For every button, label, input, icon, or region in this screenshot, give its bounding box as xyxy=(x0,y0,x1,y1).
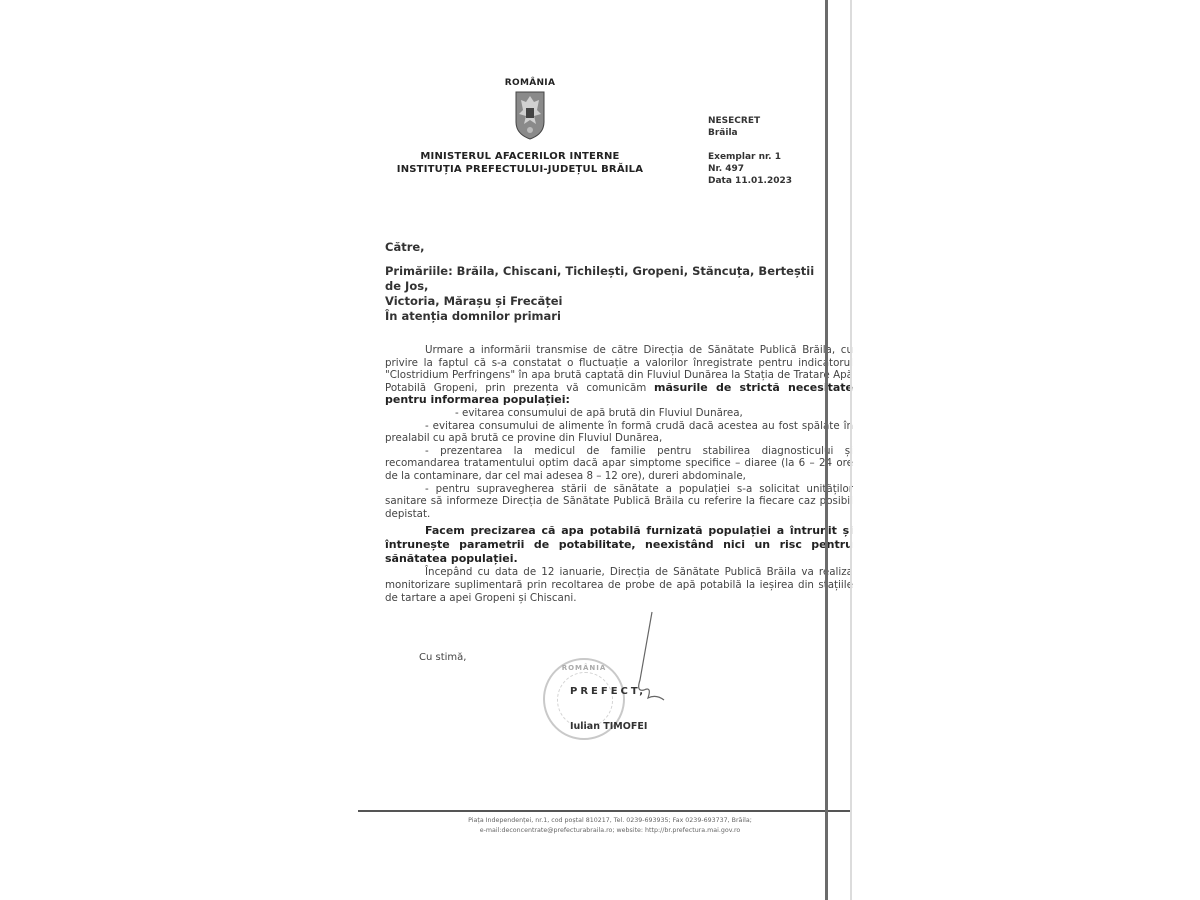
footer-divider xyxy=(358,810,850,812)
scan-edge-line xyxy=(850,0,852,900)
monitoring-paragraph: Începând cu data de 12 ianuarie, Direcți… xyxy=(385,566,853,604)
document-date: Data 11.01.2023 xyxy=(708,175,792,187)
footer-address: Piața Independenței, nr.1, cod poștal 81… xyxy=(400,816,820,826)
classification-label: NESECRET xyxy=(708,115,792,127)
location-label: Brăila xyxy=(708,127,792,139)
footer-contact: Piața Independenței, nr.1, cod poștal 81… xyxy=(400,816,820,836)
letter-body: Urmare a informării transmise de către D… xyxy=(385,344,853,604)
measure-item: - evitarea consumului de apă brută din F… xyxy=(385,407,853,420)
measure-item: - pentru supravegherea stării de sănătat… xyxy=(385,483,853,521)
scanned-letter-page: ROMÂNIA MINISTERUL AFACERILOR INTERNE IN… xyxy=(0,0,1200,900)
letterhead: ROMÂNIA MINISTERUL AFACERILOR INTERNE IN… xyxy=(370,78,670,176)
recipients-block: Către, Primăriile: Brăila, Chiscani, Tic… xyxy=(385,240,825,324)
coat-of-arms-icon xyxy=(514,90,546,140)
document-meta: NESECRET Brăila Exemplar nr. 1 Nr. 497 D… xyxy=(708,115,792,187)
footer-email-website: e-mail:deconcentrate@prefecturabraila.ro… xyxy=(400,826,820,836)
closing-salutation: Cu stimă, xyxy=(419,652,466,663)
ministry-name: MINISTERUL AFACERILOR INTERNE xyxy=(370,150,670,163)
measure-item: - evitarea consumului de alimente în for… xyxy=(385,420,853,445)
attention-line: În atenția domnilor primari xyxy=(385,309,825,324)
country-label: ROMÂNIA xyxy=(390,78,670,88)
recipients-line: Primăriile: Brăila, Chiscani, Tichilești… xyxy=(385,264,825,294)
salutation: Către, xyxy=(385,240,825,255)
recipients-line: Victoria, Mărașu și Frecăței xyxy=(385,294,825,309)
copy-number: Exemplar nr. 1 xyxy=(708,151,792,163)
signer-title: PREFECT, xyxy=(570,686,646,697)
emphasis-paragraph: Facem precizarea că apa potabilă furniza… xyxy=(385,524,853,566)
institution-name: INSTITUȚIA PREFECTULUI-JUDEȚUL BRĂILA xyxy=(370,163,670,176)
registration-number: Nr. 497 xyxy=(708,163,792,175)
scan-edge-line xyxy=(825,0,828,900)
intro-paragraph: Urmare a informării transmise de către D… xyxy=(385,344,853,407)
signature-icon xyxy=(600,610,680,720)
measure-item: - prezentarea la medicul de familie pent… xyxy=(385,445,853,483)
signer-name: Iulian TIMOFEI xyxy=(570,721,647,732)
